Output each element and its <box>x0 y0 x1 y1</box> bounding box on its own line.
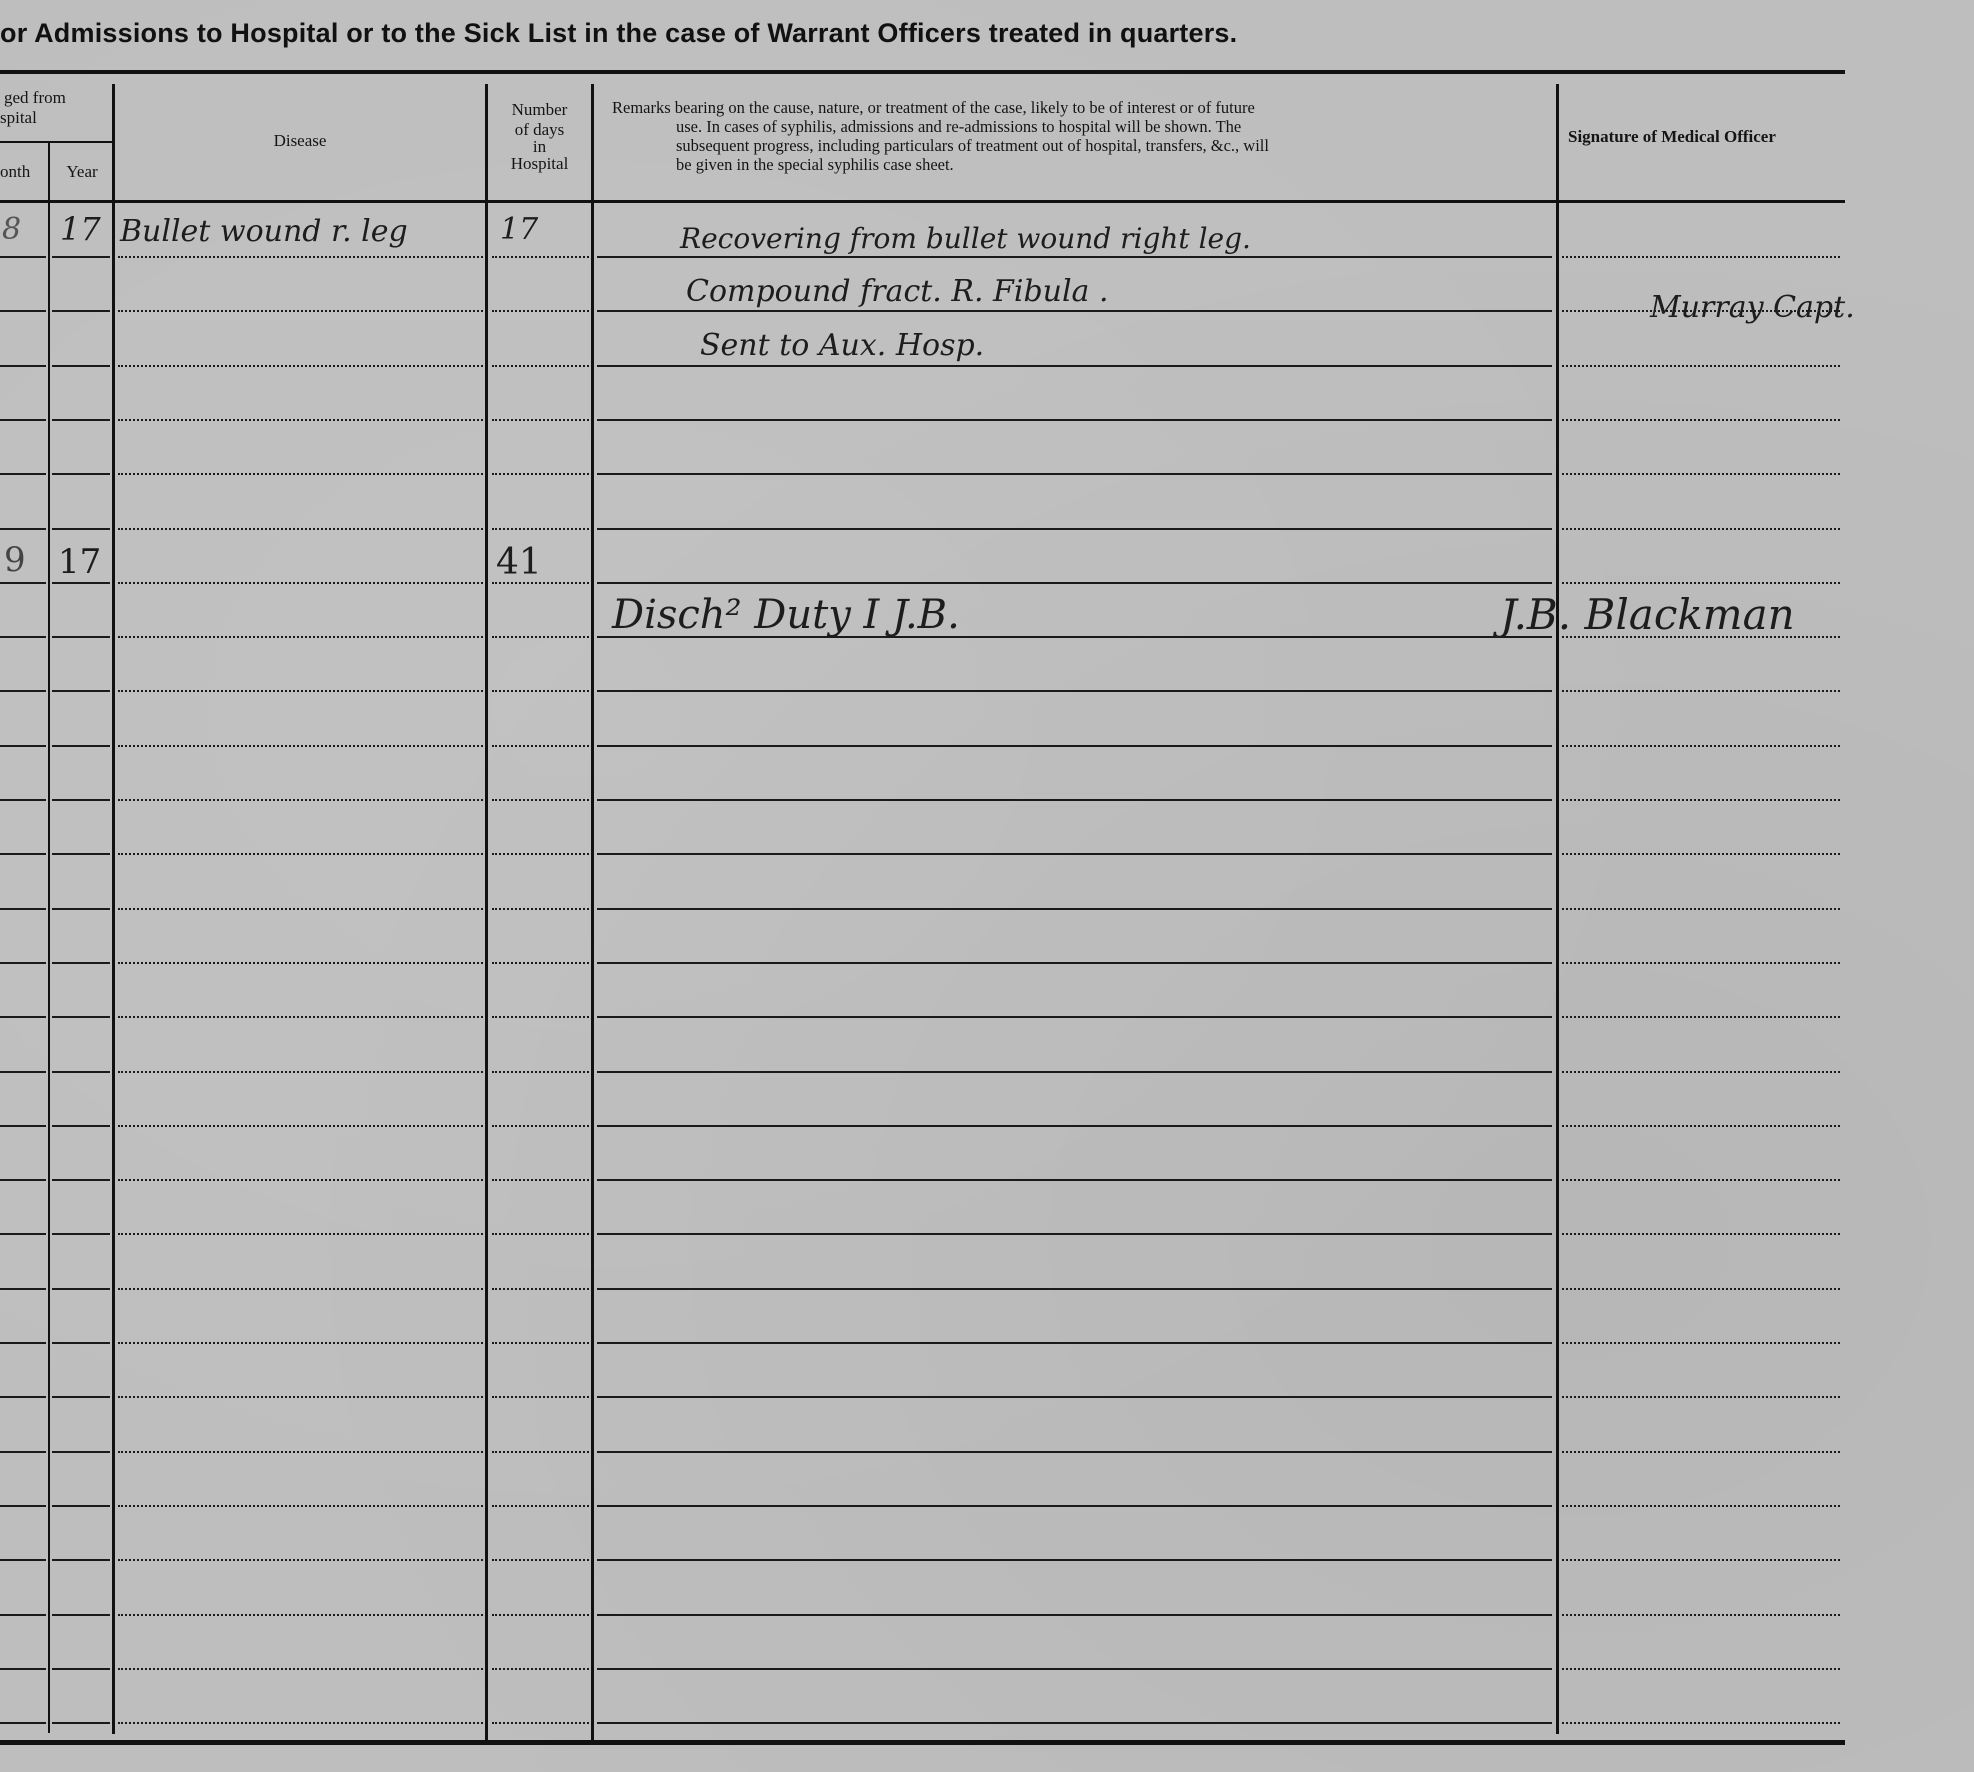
entry-2-signature: J.B. Blackman <box>1500 590 1795 639</box>
row-rule <box>597 745 1552 747</box>
medical-record-page: or Admissions to Hospital or to the Sick… <box>0 0 1974 1772</box>
row-rule <box>492 1396 589 1398</box>
row-rule <box>492 1016 589 1018</box>
col-rule-disease-days <box>485 84 488 1740</box>
row-rule <box>597 528 1552 530</box>
row-rule <box>492 365 589 367</box>
row-rule <box>52 1559 110 1561</box>
row-rule <box>118 1016 483 1018</box>
row-rule <box>118 908 483 910</box>
row-rule <box>118 1342 483 1344</box>
header-bottom-rule <box>0 200 1845 203</box>
row-rule <box>597 962 1552 964</box>
row-rule <box>1562 582 1840 584</box>
row-rule <box>1562 528 1840 530</box>
row-rule <box>0 745 46 747</box>
row-rule <box>492 528 589 530</box>
row-rule <box>52 1451 110 1453</box>
row-rule <box>52 528 110 530</box>
row-rule <box>118 582 483 584</box>
row-rule <box>0 690 46 692</box>
row-rule <box>492 690 589 692</box>
entry-2-month: 9 <box>4 540 26 580</box>
row-rule <box>492 1614 589 1616</box>
row-rule <box>1562 799 1840 801</box>
row-rule <box>118 1614 483 1616</box>
row-rule <box>52 908 110 910</box>
row-rule <box>0 1233 46 1235</box>
row-rule <box>492 745 589 747</box>
col-rule-days-remarks <box>591 84 594 1744</box>
row-rule <box>597 419 1552 421</box>
row-rule <box>118 853 483 855</box>
row-rule <box>52 1071 110 1073</box>
row-rule <box>1562 853 1840 855</box>
row-rule <box>1562 1505 1840 1507</box>
row-rule <box>492 1668 589 1670</box>
row-rule <box>492 1071 589 1073</box>
row-rule <box>0 419 46 421</box>
row-rule <box>0 1505 46 1507</box>
header-remarks: Remarks bearing on the cause, nature, or… <box>612 98 1537 174</box>
row-rule <box>0 1179 46 1181</box>
row-rule <box>52 1288 110 1290</box>
row-rule <box>52 690 110 692</box>
header-remarks-line4: be given in the special syphilis case sh… <box>612 155 1537 174</box>
row-rule <box>118 1125 483 1127</box>
row-rule <box>1562 365 1840 367</box>
row-rule <box>0 1342 46 1344</box>
row-rule <box>597 1125 1552 1127</box>
row-rule <box>492 853 589 855</box>
row-rule <box>118 1288 483 1290</box>
row-rule <box>0 1451 46 1453</box>
row-rule <box>118 1722 483 1724</box>
row-rule <box>0 799 46 801</box>
row-rule <box>597 908 1552 910</box>
row-rule <box>118 365 483 367</box>
row-rule <box>492 473 589 475</box>
row-rule <box>118 528 483 530</box>
row-rule <box>118 1668 483 1670</box>
row-rule <box>597 1396 1552 1398</box>
entry-1-days: 17 <box>500 212 538 247</box>
row-rule <box>118 1396 483 1398</box>
row-rule <box>597 1071 1552 1073</box>
row-rule <box>118 1505 483 1507</box>
col-rule-year-disease <box>112 84 115 1734</box>
row-rule <box>1562 1559 1840 1561</box>
row-rule <box>1562 1342 1840 1344</box>
row-rule <box>1562 908 1840 910</box>
row-rule <box>52 962 110 964</box>
row-rule <box>1562 1016 1840 1018</box>
bottom-rule <box>0 1740 1845 1745</box>
header-signature: Signature of Medical Officer <box>1568 127 1838 147</box>
row-rule <box>1562 690 1840 692</box>
row-rule <box>1562 962 1840 964</box>
row-rule <box>52 310 110 312</box>
row-rule <box>1562 419 1840 421</box>
top-rule <box>0 70 1845 74</box>
header-days-in-hospital: Number of days in Hospital <box>488 100 591 174</box>
discharged-group-rule <box>0 141 112 143</box>
row-rule <box>492 310 589 312</box>
row-rule <box>118 690 483 692</box>
row-rule <box>597 256 1552 258</box>
row-rule <box>1562 1071 1840 1073</box>
row-rule <box>52 1614 110 1616</box>
row-rule <box>118 962 483 964</box>
row-rule <box>1562 1288 1840 1290</box>
row-rule <box>1562 256 1840 258</box>
row-rule <box>52 1016 110 1018</box>
row-rule <box>52 256 110 258</box>
row-rule <box>0 1559 46 1561</box>
row-rule <box>597 1559 1552 1561</box>
row-rule <box>597 1614 1552 1616</box>
header-days-line1: Number <box>488 100 591 120</box>
entry-2-year: 17 <box>58 542 101 582</box>
row-rule <box>492 1559 589 1561</box>
row-rule <box>597 799 1552 801</box>
row-rule <box>1562 1179 1840 1181</box>
row-rule <box>118 1071 483 1073</box>
row-rule <box>0 636 46 638</box>
row-rule <box>597 1722 1552 1724</box>
row-rule <box>52 1125 110 1127</box>
row-rule <box>118 799 483 801</box>
row-rule <box>118 256 483 258</box>
row-rule <box>52 1342 110 1344</box>
row-rule <box>492 1505 589 1507</box>
row-rule <box>597 1342 1552 1344</box>
row-rule <box>0 1288 46 1290</box>
row-rule <box>492 1233 589 1235</box>
row-rule <box>0 473 46 475</box>
row-rule <box>597 1016 1552 1018</box>
row-rule <box>1562 1233 1840 1235</box>
row-rule <box>0 1396 46 1398</box>
col-rule-month-year <box>48 143 50 1733</box>
row-rule <box>1562 1396 1840 1398</box>
row-rule <box>597 1505 1552 1507</box>
row-rule <box>118 636 483 638</box>
row-rule <box>492 1125 589 1127</box>
header-discharged-from-hospital: ged from spital <box>0 88 100 128</box>
header-remarks-line1: Remarks bearing on the cause, nature, or… <box>612 98 1537 117</box>
header-days-line3: in <box>488 140 591 154</box>
row-rule <box>0 528 46 530</box>
header-month: onth <box>0 162 48 182</box>
header-remarks-line3: subsequent progress, including particula… <box>612 136 1537 155</box>
row-rule <box>492 1288 589 1290</box>
entry-2-days: 41 <box>496 542 542 583</box>
row-rule <box>492 908 589 910</box>
row-rule <box>118 310 483 312</box>
row-rule <box>52 636 110 638</box>
row-rule <box>1562 1722 1840 1724</box>
row-rule <box>52 1668 110 1670</box>
row-rule <box>597 1179 1552 1181</box>
entry-2-remarks: Disch² Duty I J.B. <box>612 592 960 638</box>
entry-1-remarks-line2: Compound fract. R. Fibula . <box>686 274 1109 309</box>
row-rule <box>597 310 1552 312</box>
row-rule <box>118 1451 483 1453</box>
row-rule <box>492 1451 589 1453</box>
row-rule <box>0 1668 46 1670</box>
row-rule <box>52 799 110 801</box>
row-rule <box>118 745 483 747</box>
document-title: or Admissions to Hospital or to the Sick… <box>0 18 1237 49</box>
entry-1-signature: Murray Capt. <box>1650 290 1855 325</box>
row-rule <box>597 853 1552 855</box>
row-rule <box>0 582 46 584</box>
row-rule <box>118 1233 483 1235</box>
row-rule <box>597 473 1552 475</box>
row-rule <box>52 419 110 421</box>
row-rule <box>492 1179 589 1181</box>
row-rule <box>0 1125 46 1127</box>
row-rule <box>597 582 1552 584</box>
row-rule <box>0 365 46 367</box>
row-rule <box>52 1396 110 1398</box>
entry-1-remarks-line1: Recovering from bullet wound right leg. <box>680 222 1251 255</box>
header-discharged-line2: spital <box>0 108 100 128</box>
row-rule <box>492 1722 589 1724</box>
row-rule <box>0 1614 46 1616</box>
row-rule <box>597 1288 1552 1290</box>
row-rule <box>52 1179 110 1181</box>
row-rule <box>492 636 589 638</box>
row-rule <box>52 1505 110 1507</box>
row-rule <box>52 1722 110 1724</box>
row-rule <box>0 1722 46 1724</box>
row-rule <box>1562 1614 1840 1616</box>
col-rule-remarks-signature <box>1556 84 1559 1734</box>
row-rule <box>0 1071 46 1073</box>
row-rule <box>0 310 46 312</box>
header-days-line4: Hospital <box>488 154 591 174</box>
entry-1-disease: Bullet wound r. leg <box>120 214 408 249</box>
entry-1-remarks-line3: Sent to Aux. Hosp. <box>700 328 984 363</box>
row-rule <box>492 962 589 964</box>
row-rule <box>52 365 110 367</box>
row-rule <box>597 690 1552 692</box>
row-rule <box>52 853 110 855</box>
row-rule <box>52 473 110 475</box>
row-rule <box>492 1342 589 1344</box>
row-rule <box>52 1233 110 1235</box>
row-rule <box>118 1559 483 1561</box>
row-rule <box>597 1668 1552 1670</box>
row-rule <box>118 1179 483 1181</box>
header-discharged-line1: ged from <box>0 88 100 108</box>
row-rule <box>492 799 589 801</box>
row-rule <box>597 1233 1552 1235</box>
entry-1-year: 17 <box>60 210 101 248</box>
row-rule <box>118 419 483 421</box>
row-rule <box>1562 473 1840 475</box>
row-rule <box>1562 1668 1840 1670</box>
row-rule <box>1562 1125 1840 1127</box>
header-year: Year <box>52 162 112 182</box>
row-rule <box>118 473 483 475</box>
row-rule <box>597 1451 1552 1453</box>
row-rule <box>492 256 589 258</box>
row-rule <box>0 1016 46 1018</box>
header-remarks-line2: use. In cases of syphilis, admissions an… <box>612 117 1537 136</box>
header-disease: Disease <box>115 131 485 151</box>
row-rule <box>52 745 110 747</box>
row-rule <box>0 256 46 258</box>
entry-1-month: 8 <box>2 212 21 247</box>
row-rule <box>492 419 589 421</box>
row-rule <box>1562 745 1840 747</box>
row-rule <box>0 853 46 855</box>
row-rule <box>52 582 110 584</box>
row-rule <box>597 365 1552 367</box>
row-rule <box>0 908 46 910</box>
row-rule <box>1562 1451 1840 1453</box>
row-rule <box>0 962 46 964</box>
